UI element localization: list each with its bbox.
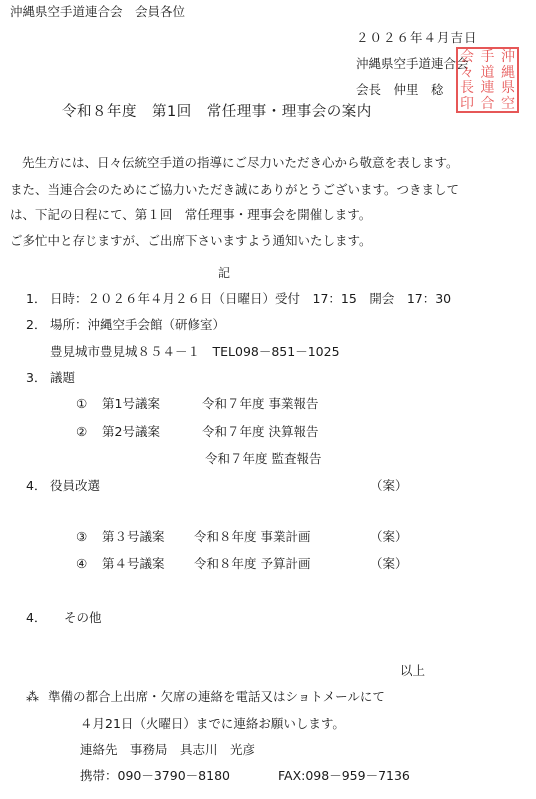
- seal-char: 印: [460, 97, 474, 113]
- fax-number: FAX:098－959－7136: [278, 768, 410, 783]
- item-datetime: 1．日時：２０２６年４月２６日（日曜日）受付 17：15 開会 17：30: [26, 291, 451, 307]
- motion-row: ④第４号議案令和８年度 予算計画: [76, 556, 310, 572]
- motion-text: 令和８年度 予算計画: [194, 556, 310, 571]
- motion-text: 令和８年度 事業計画: [194, 529, 310, 544]
- item-agenda: 3．議題: [26, 370, 75, 386]
- seal-column-1: 沖縄県空: [501, 50, 515, 110]
- motion-mark: ②: [76, 424, 102, 440]
- seal-char: 々: [460, 66, 474, 82]
- draft-label: （案）: [370, 529, 408, 545]
- motion-row: ①第1号議案令和７年度 事業報告: [76, 396, 318, 412]
- seal-char: 合: [481, 97, 495, 113]
- item-number: 4．: [26, 478, 50, 494]
- seal-char: 県: [501, 81, 515, 97]
- draft-label: （案）: [370, 556, 408, 572]
- seal-char: 会: [460, 50, 474, 66]
- seal-char: 道: [481, 66, 495, 82]
- item-text: 日時：２０２６年４月２６日（日曜日）受付 17：15 開会 17：30: [50, 291, 451, 306]
- item-place: 2．場所：沖縄空手会館（研修室）: [26, 317, 225, 333]
- item-label: その他: [64, 610, 102, 625]
- motion-text: 令和７年度 決算報告: [202, 424, 318, 439]
- body-paragraph-line: 先生方には、日々伝統空手道の指導にご尽力いただき心から敬意を表します。: [22, 155, 459, 171]
- contact-numbers: 携帯：090－3790－8180FAX:098－959－7136: [80, 768, 410, 784]
- official-seal-stamp: 沖縄県空 手道連合 会々長印: [456, 47, 519, 113]
- draft-label: （案）: [370, 478, 408, 494]
- motion-label: 第2号議案: [102, 424, 202, 440]
- motion-mark: ③: [76, 529, 102, 545]
- motion-mark: ④: [76, 556, 102, 572]
- motion-text: 令和７年度 事業報告: [202, 396, 318, 411]
- item-number: 1．: [26, 291, 50, 307]
- seal-char: 手: [481, 50, 495, 66]
- addressee: 沖縄県空手道連合会 会員各位: [10, 4, 185, 20]
- ki-heading: 記: [218, 265, 230, 281]
- motion-row: ②第2号議案令和７年度 決算報告: [76, 424, 318, 440]
- item-number: 3．: [26, 370, 50, 386]
- item-text: 場所：沖縄空手会館（研修室）: [50, 317, 225, 332]
- attendance-note: ⁂準備の都合上出席・欠席の連絡を電話又はショトメールにて: [26, 689, 385, 706]
- place-address: 豊見城市豊見城８５４－１ TEL098－851－1025: [50, 344, 340, 360]
- note-deadline: ４月21日（火曜日）までに連絡お願いします。: [80, 716, 345, 732]
- motion-extra-text: 令和７年度 監査報告: [205, 451, 321, 467]
- sender-organization: 沖縄県空手道連合会: [356, 56, 469, 72]
- sender-name: 会長 仲里 稔: [356, 82, 444, 98]
- note-line: 準備の都合上出席・欠席の連絡を電話又はショトメールにて: [48, 689, 385, 704]
- motion-label: 第1号議案: [102, 396, 202, 412]
- motion-label: 第４号議案: [102, 556, 194, 572]
- body-paragraph-line: は、下記の日程にて、第１回 常任理事・理事会を開催します。: [10, 207, 371, 223]
- seal-column-2: 手道連合: [481, 50, 495, 110]
- item-other: 4．その他: [26, 610, 102, 626]
- closing-mark: 以上: [400, 663, 425, 679]
- body-paragraph-line: ご多忙中と存じますが、ご出席下さいますよう通知いたします。: [10, 233, 372, 249]
- motion-mark: ①: [76, 396, 102, 412]
- item-election: 4．役員改選: [26, 478, 100, 494]
- body-paragraph-line: また、当連合会のためにご協力いただき誠にありがとうございます。つきまして: [10, 182, 459, 198]
- motion-label: 第３号議案: [102, 529, 194, 545]
- motion-row: ③第３号議案令和８年度 事業計画: [76, 529, 310, 545]
- item-label: 役員改選: [50, 478, 100, 493]
- item-number: 4．: [26, 610, 64, 626]
- seal-char: 連: [481, 81, 495, 97]
- seal-char: 空: [501, 97, 515, 113]
- mobile-number: 携帯：090－3790－8180: [80, 768, 230, 783]
- contact-person: 連絡先 事務局 具志川 光彦: [80, 742, 255, 758]
- seal-char: 沖: [501, 50, 515, 66]
- issue-date: ２０２６年４月吉日: [356, 30, 478, 46]
- item-label: 議題: [50, 370, 75, 385]
- asterism-bullet-icon: ⁂: [26, 690, 48, 706]
- document-title: 令和８年度 第1回 常任理事・理事会の案内: [62, 104, 372, 120]
- item-number: 2．: [26, 317, 50, 333]
- seal-char: 長: [460, 81, 474, 97]
- seal-column-3: 会々長印: [460, 50, 474, 110]
- seal-char: 縄: [501, 66, 515, 82]
